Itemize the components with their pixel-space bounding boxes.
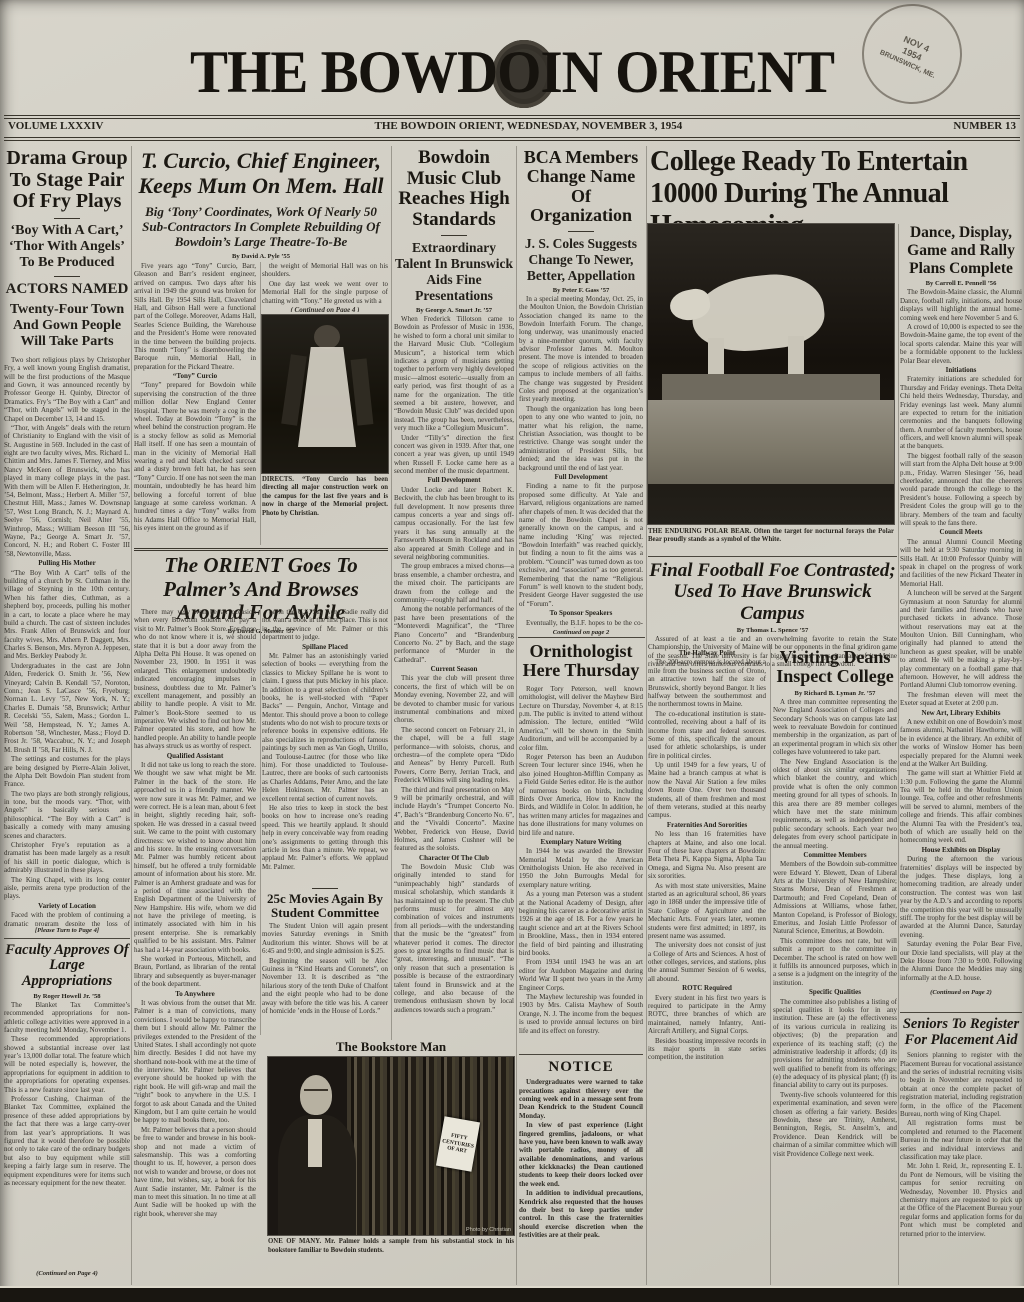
paragraph: Roger Tory Peterson, well known ornithol… [519,685,643,752]
masthead-rule [4,115,1020,119]
byline: By Carroll E. Pennell ’56 [900,280,1022,287]
headline: Ornithologist Here Thursday [519,642,643,681]
article-body: the weight of Memorial Hall was on his s… [262,262,388,312]
newspaper-front-page: THE BOWDOIN ORIENT NOV 4 1954 BRUNSWICK,… [0,0,1024,1302]
deck: Big ‘Tony’ Coordinates, Work Of Nearly 5… [134,204,388,250]
article-body: The Halfway PointThe 200-acre campus is … [648,648,766,1282]
byline: By Roger Howell Jr. ’58 [4,993,130,1000]
paragraph: Twenty-five schools volunteered for this… [773,1091,897,1158]
body-subhead: Fraternities And Sororities [648,821,766,829]
book-title: FIFTY CENTURIES OF ART [439,1131,478,1157]
paragraph: Professor Cushing, Chairman of the Blank… [4,1095,130,1187]
paragraph: A three man committee representing the N… [773,698,897,757]
body-subhead: Committee Members [773,851,897,859]
paragraph: Christopher Frye’s reputation as a drama… [4,841,130,875]
body-cont: ( Continued on Page 4 ) [262,306,388,312]
paragraph: Undergraduates in the cast are John Alde… [4,662,130,754]
paragraph: Beginning the season will be Alec Guines… [262,957,388,1016]
article-curcio: T. Curcio, Chief Engineer, Keeps Mum On … [134,148,388,261]
byline: By George A. Smart Jr. ’57 [394,307,514,314]
divider [312,888,338,889]
body-subhead: House Exhibits on Display [900,846,1022,854]
paragraph: Faced with the problem of continuing a d… [4,911,130,926]
paragraph: “The Boy With A Cart” tells of the build… [4,569,130,661]
paragraph: The Student Union will again present mov… [262,922,388,956]
headline: Seniors To Register For Placement Aid [900,1017,1022,1048]
body-subhead: Current Season [394,665,514,673]
paragraph: She worked in Porteous, Mitchell, and Br… [134,955,256,989]
deck: Extraordinary Talent In Brunswick Aids F… [394,240,514,304]
body-subhead: Initiations [900,366,1022,374]
body-subhead: To Sponsor Speakers [519,609,643,617]
article-body: A three man committee representing the N… [773,698,897,1290]
photo-credit: Photo by Christian [466,1227,511,1233]
dateline-row: VOLUME LXXXIV THE BOWDOIN ORIENT, WEDNES… [8,120,1016,132]
body-subhead: The Halfway Point [648,649,766,657]
divider [568,231,594,232]
article-body: Seniors planning to register with the Pl… [900,1051,1022,1281]
paragraph: Under Locke and later Robert K. Beckwith… [394,486,514,562]
paragraph: The 200-acre campus is located about a m… [648,658,766,708]
body-subhead: Exemplary Nature Writing [519,838,643,846]
paragraph: Mr. Palmer believes that a person should… [134,1126,256,1218]
paragraph: Seniors planning to register with the Pl… [900,1051,1022,1118]
paragraph: In view of past experience (Light finger… [519,1121,643,1188]
article-movies: 25c Movies Again By Student Committee Th… [262,888,388,1030]
paragraph: A new exhibit on one of Bowdoin’s most f… [900,718,1022,768]
paragraph: Undergraduates were warned to take preca… [519,1078,643,1120]
paragraph: The settings and costumes for the plays … [4,755,130,789]
subheadline: Dance, Display, Game and Rally Plans Com… [900,224,1022,277]
article-body: There may very well be an occasion when … [134,608,256,1284]
figure-undershirt [298,347,356,447]
paragraph: Mr. Palmer has an astonishingly varied s… [262,652,388,803]
paragraph: During the afternoon the various fratern… [900,855,1022,939]
paragraph: All registration forms must be completed… [900,1119,1022,1161]
byline: By David A. Pyle ’55 [134,253,388,260]
bear-leg [788,336,804,374]
paragraph: Fraternity initiations are scheduled for… [900,375,1022,451]
paragraph: These recommended appropriations showed … [4,1035,130,1094]
bear-leg [708,338,724,374]
headline: 25c Movies Again By Student Committee [262,892,388,920]
body-subhead: Council Meets [900,528,1022,536]
headline: Final Football Foe Contrasted; Used To H… [648,560,897,624]
paragraph: Two short religious plays by Christopher… [4,356,130,423]
paragraph: Eventually, the B.I.F. hopes to be the c… [519,619,643,628]
paragraph: The freshman eleven will meet the Exeter… [900,691,1022,708]
paragraph: A luncheon will be served at the Sargent… [900,589,1022,690]
paragraph: Besides boasting impressive records in i… [648,1037,766,1062]
byline: By Thomas L. Spence ’57 [648,627,897,634]
paragraph: In addition to individual precautions, K… [519,1189,643,1239]
paragraph: The King Chapel, with its long center ai… [4,876,130,901]
paragraph: He also tries to keep in stock the best … [262,804,388,871]
headline: T. Curcio, Chief Engineer, Keeps Mum On … [134,148,388,199]
deck: Twenty-Four Town And Gown People Will Ta… [4,302,130,350]
paragraph: “Tony” prepared for Bowdoin while superv… [134,381,256,532]
column-rule [131,146,132,1285]
section-rule [648,556,897,557]
paragraph: “Thor, with Angels” deals with the retur… [4,424,130,558]
paragraph: As with most state universities, Maine s… [648,882,766,941]
column-rule [516,146,517,1285]
column-rule [898,224,899,1285]
paragraph: Finding a name to fit the purpose propos… [519,482,643,608]
paragraph: The biggest football rally of the season… [900,452,1022,528]
article-ornithologist: Ornithologist Here Thursday Roger Tory P… [519,642,643,1043]
paragraph: The Blanket Tax Committee’s recommended … [4,1001,130,1035]
article-body: When Frederick Tillotson came to Bowdoin… [394,315,514,1043]
headline: Visiting Deans Inspect College [773,648,897,687]
homecoming-right-column: Dance, Display, Game and Rally Plans Com… [900,224,1022,996]
pedestal-top [662,374,880,400]
column-rule [260,607,261,1035]
article-music-club: Bowdoin Music Club Reaches High Standard… [394,148,514,1043]
paragraph: This committee does not rate, but will s… [773,937,897,987]
article-drama-group: Drama Group To Stage Pair Of Fry Plays ‘… [4,148,130,1285]
body-subhead: To Anywhere [134,990,256,998]
paragraph: Among the notable performances of the pa… [394,605,514,664]
bookshelves [347,1057,514,1235]
paragraph: A crowd of 10,000 is expected to see the… [900,323,1022,365]
paragraph: The committee also publishes a listing o… [773,998,897,1090]
notice-body: Undergraduates were warned to take preca… [519,1078,643,1278]
dateline-label: THE BOWDOIN ORIENT, WEDNESDAY, NOVEMBER … [375,120,683,132]
article-faculty-appropriations: Faculty Approves Of Large Appropriations… [4,938,130,1277]
issue-number-label: NUMBER 13 [953,120,1016,132]
photo-caption: DIRECTS. “Tony Curcio has been directing… [262,476,388,518]
paragraph: It was obvious from the outset that Mr. … [134,999,256,1125]
deck: ‘Boy With A Cart,’ ‘Thor With Angels’ To… [4,223,130,271]
article-body: The Blanket Tax Committee’s recommended … [4,1001,130,1269]
paragraph: It did not take us long to reach the sto… [134,761,256,954]
continued-line: (Continued on Page 2) [900,989,1022,996]
paragraph: Members of the Bowdoin sub-committee wer… [773,860,897,936]
scan-edge [0,1286,1024,1302]
figure-arm [351,358,374,425]
body-subhead: Pulling His Mother [4,559,130,567]
bookstore-man-feature: The Bookstore Man FIFTY CENTURIES OF ART… [268,1040,514,1255]
paragraph: The game will start at Whittier Field at… [900,769,1022,845]
photo-tony-curcio [262,315,388,473]
masthead-rule [4,137,1020,141]
paragraph: Every student in his first two years is … [648,994,766,1036]
divider [54,218,80,219]
volume-label: VOLUME LXXXIV [8,120,103,132]
figure-shirt [308,1119,322,1167]
paragraph: The third and final presentation on May … [394,786,514,853]
kicker: ACTORS NAMED [4,281,130,298]
paragraph: Though the organization has long been op… [519,405,643,472]
column-rule [260,262,261,545]
section-rule [518,637,645,638]
photo-caption: ONE OF MANY. Mr. Palmer holds a sample f… [268,1238,514,1255]
paragraph: One day last week we went over to Memori… [262,280,388,305]
curcio-right-column: the weight of Memorial Hall was on his s… [262,262,388,518]
column-rule [770,645,771,1285]
paragraph: There may very well be an occasion when … [134,608,256,751]
body-subhead: Spillane Placed [262,643,388,651]
body-subhead: Full Development [394,476,514,484]
paragraph: Saturday evening the Polar Bear Five, ou… [900,940,1022,982]
byline: By Peter F. Gass ’57 [519,287,643,294]
byline: By Richard B. Lyman Jr. ’57 [773,690,897,697]
photo-bookstore-man: FIFTY CENTURIES OF ART Photo by Christia… [268,1057,514,1235]
column-rule [391,146,392,1040]
paragraph: the weight of Memorial Hall was on his s… [262,262,388,279]
paragraph: Five years ago “Tony” Curcio, Barr, Glea… [134,262,256,371]
body-subhead: Qualified Assistant [134,752,256,760]
continued-line: (Continued on Page 4) [4,1270,130,1277]
column-rule [646,146,647,1285]
body-subhead: Variety of Location [4,902,130,910]
paragraph: This year the club will present three co… [394,674,514,724]
paragraph: Under “Tilly’s” direction the first conc… [394,434,514,476]
glasses-icon [304,1089,328,1096]
paragraph: When Frederick Tillotson came to Bowdoin… [394,315,514,432]
article-bca: BCA Members Change Name Of Organization … [519,148,643,636]
body-subhead: Full Development [519,473,643,481]
paragraph: In a special meeting Monday, Oct. 25, in… [519,295,643,404]
pedestal-base [648,400,894,484]
body-subhead: New Art, Library Exhibits [900,709,1022,717]
paragraph: The New England Association is the oldes… [773,758,897,850]
photo-polar-bear [648,224,894,524]
figure-head [314,325,340,349]
paragraph: In 1944 he was awarded the Brewster Memo… [519,847,643,889]
article-body: The Bowdoin-Maine classic, the Alumni Da… [900,288,1022,988]
paragraph: The Mayhew lectureship was founded in 19… [519,993,643,1035]
paragraph: The second concert on February 21, in th… [394,726,514,785]
paragraph: The co-educational institution is state-… [648,710,766,760]
paragraph: The Bowdoin Music Club was originally in… [394,863,514,1014]
continued-line: [Please Turn to Page 4] [4,927,130,934]
paragraph: The Bowdoin-Maine classic, the Alumni Da… [900,288,1022,322]
continued-line: Continued on page 2 [519,629,643,636]
paragraph: The two plays are both strongly religiou… [4,790,130,840]
divider [54,276,80,277]
article-body: In a special meeting Monday, Oct. 25, in… [519,295,643,628]
headline: NOTICE [519,1059,643,1075]
headline: Drama Group To Stage Pair Of Fry Plays [4,148,130,213]
paragraph: Mr. John I. Reid, Jr., representing E. I… [900,1162,1022,1238]
paragraph: Roger Peterson has been an Audubon Scree… [519,753,643,837]
headline: Faculty Approves Of Large Appropriations [4,943,130,990]
article-body: be in the U.S. Say Aunt Sadie really did… [262,608,388,884]
divider [441,235,467,236]
paragraph: The annual Alumni Council Meeting will b… [900,538,1022,588]
paragraph: The group embraces a mixed chorus—a bras… [394,562,514,604]
paragraph: Up until 1949 for a few years, U of Main… [648,761,766,820]
paragraph: As a young man Peterson was a student at… [519,890,643,957]
article-body: Five years ago “Tony” Curcio, Barr, Glea… [134,262,256,544]
headline: Bowdoin Music Club Reaches High Standard… [394,148,514,230]
body-subhead: ROTC Required [648,984,766,992]
body-subhead: Specific Qualities [773,988,897,996]
paragraph: No less than 16 fraternities have chapte… [648,830,766,880]
headline: BCA Members Change Name Of Organization [519,148,643,226]
notice-box: NOTICE Undergraduates were warned to tak… [519,1054,643,1278]
paragraph: be in the U.S. Say Aunt Sadie really did… [262,608,388,642]
photo-caption: THE ENDURING POLAR BEAR. Often the targe… [648,528,894,545]
body-subhead: Character Of The Club [394,854,514,862]
article-body: Roger Tory Peterson, well known ornithol… [519,685,643,1043]
paragraph: The university does not consist of just … [648,941,766,983]
paragraph: From 1934 until 1943 he was an art edito… [519,958,643,992]
article-seniors-placement: Seniors To Register For Placement Aid Se… [900,1012,1022,1281]
article-visiting-deans: Visiting Deans Inspect College By Richar… [773,648,897,1290]
body-subhead: “Tony” Curcio [134,372,256,380]
article-body: Two short religious plays by Christopher… [4,356,130,926]
article-body: The Student Union will again present mov… [262,922,388,1030]
deck: J. S. Coles Suggests Change To Newer, Be… [519,236,643,284]
